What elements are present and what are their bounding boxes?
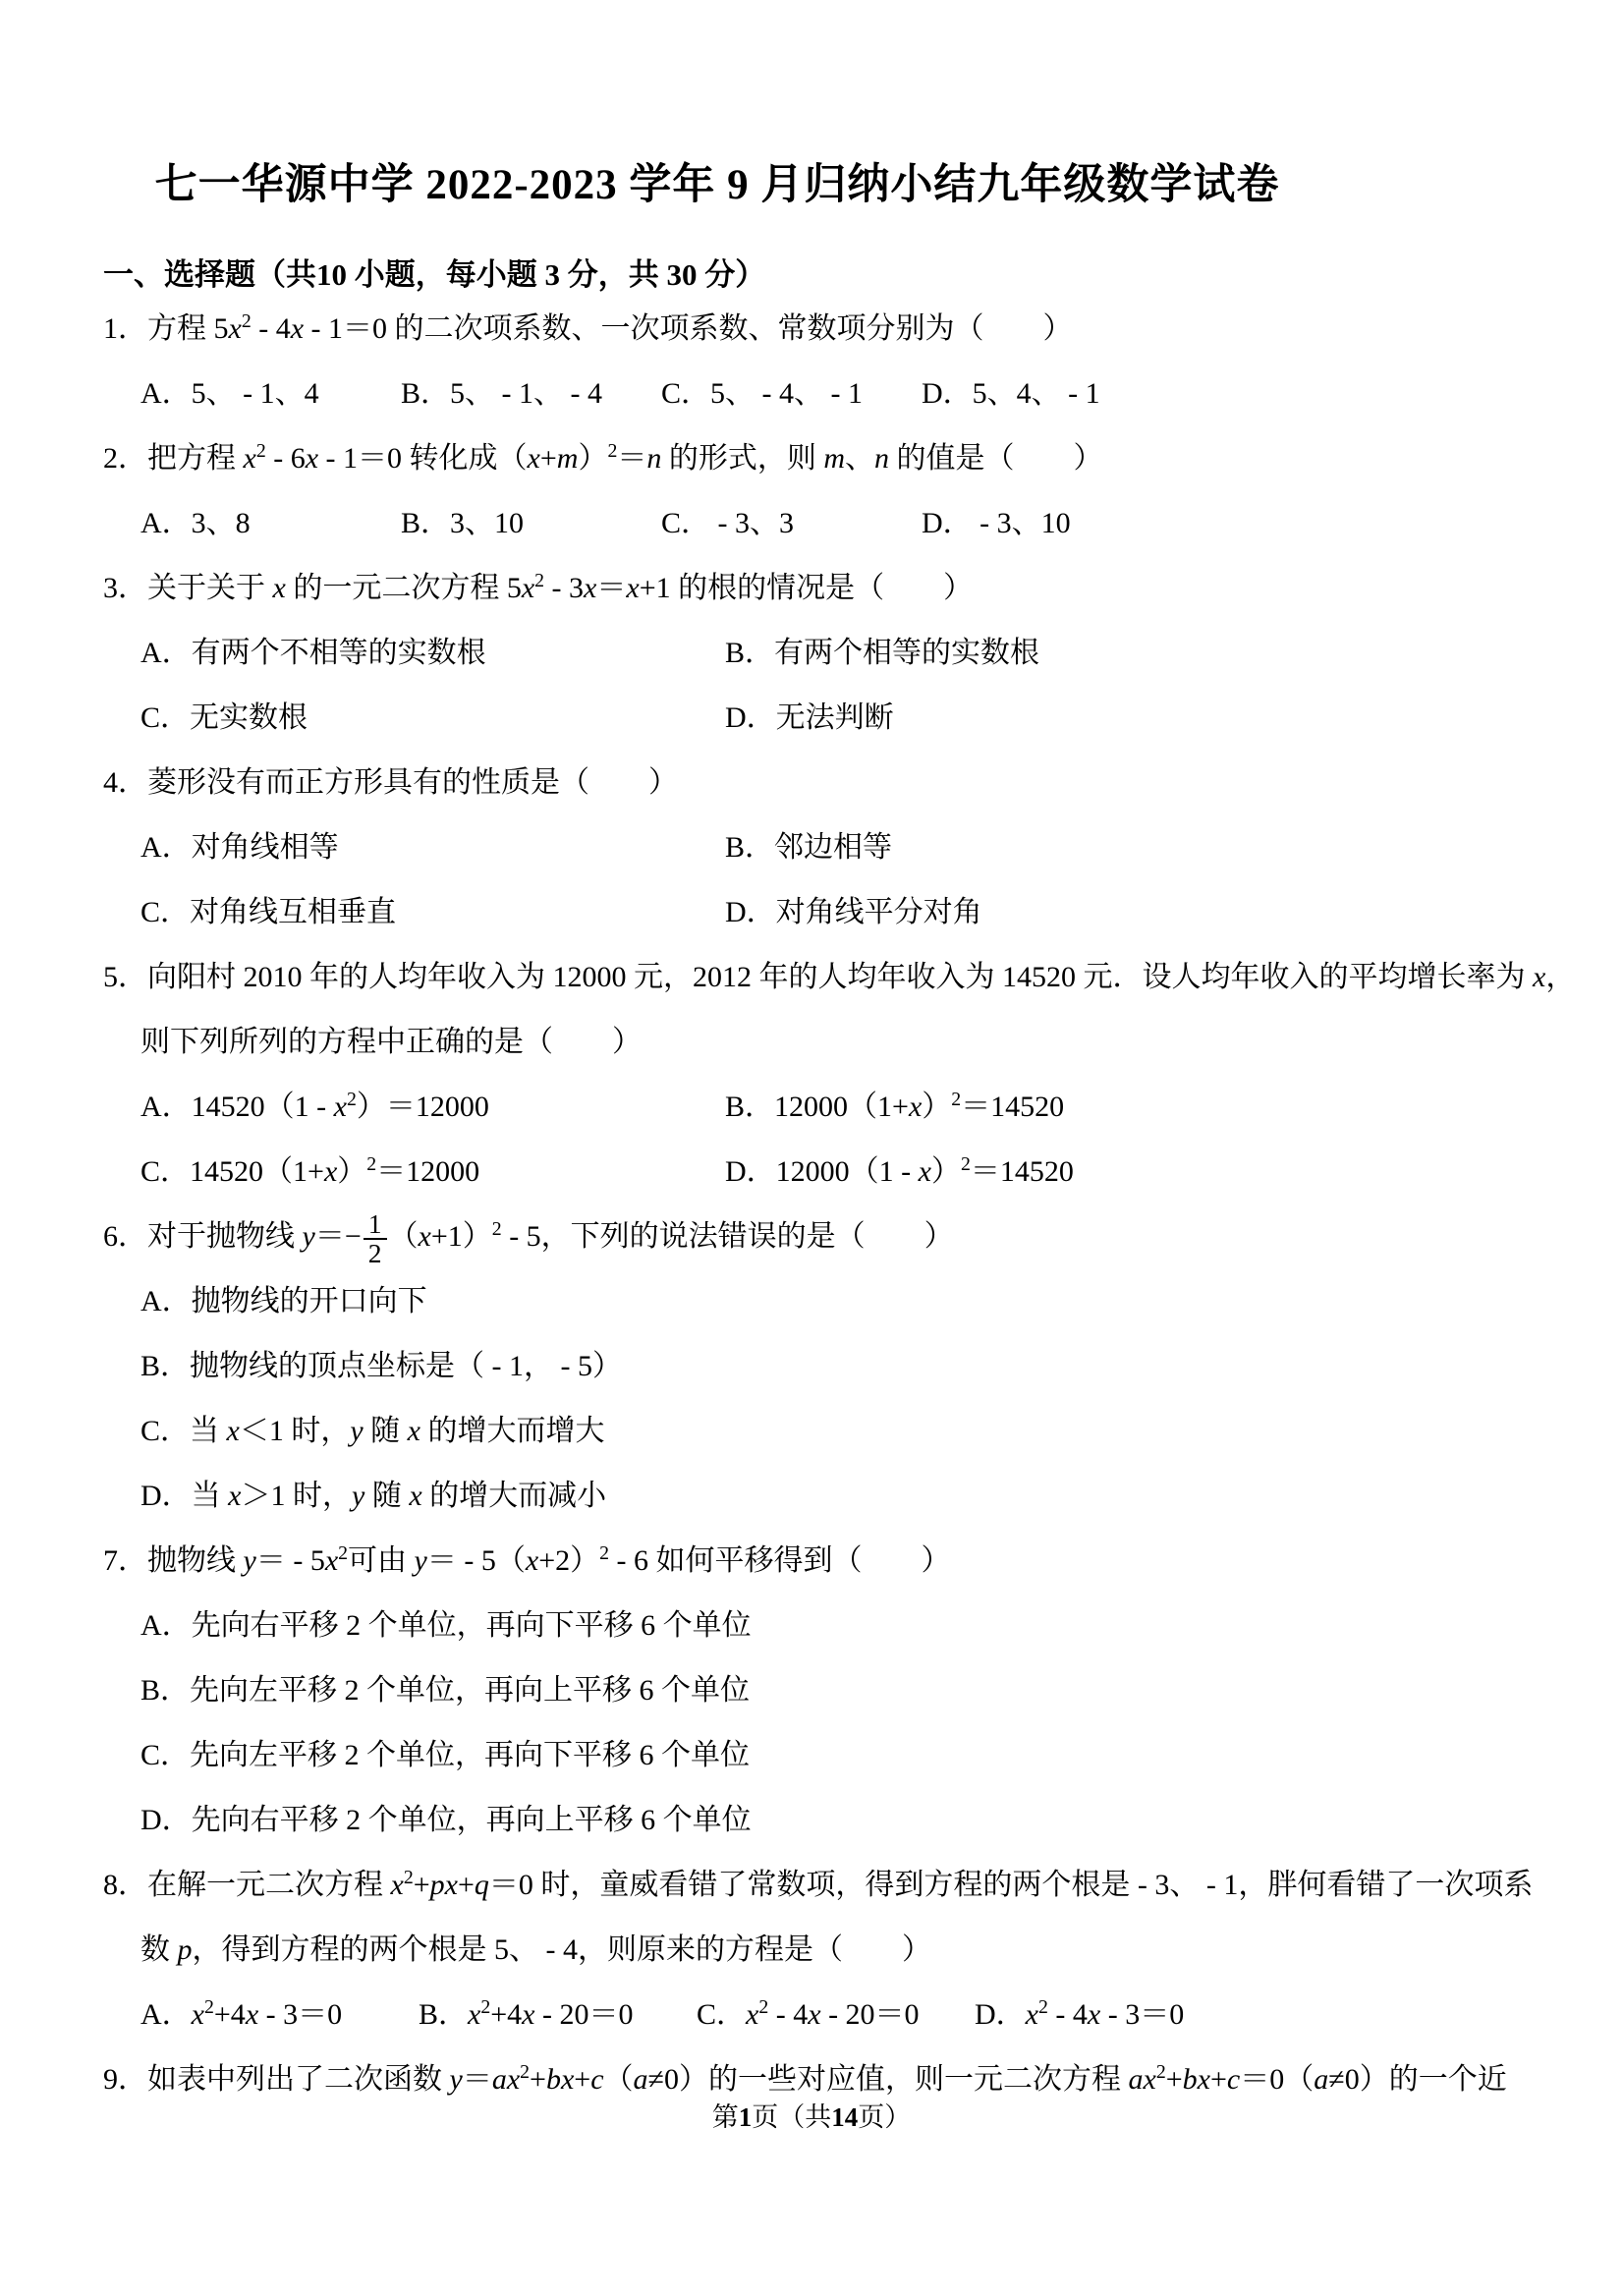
option-b: B．12000（1+x）2＝14520 xyxy=(725,1075,1064,1140)
option-a: A．14520（1 - x2）＝12000 xyxy=(140,1075,725,1140)
option-c: C． - 3、3 xyxy=(661,491,922,556)
question-2-options: A．3、8B．3、10C． - 3、3D． - 3、10 xyxy=(103,491,1518,556)
question-6-option-b: B．抛物线的顶点坐标是（ - 1， - 5） xyxy=(103,1334,1518,1399)
option-d: D．x2 - 4x - 3＝0 xyxy=(975,1983,1184,2047)
option-d: D．12000（1 - x）2＝14520 xyxy=(725,1140,1074,1204)
option-b: B．5、 - 1、 - 4 xyxy=(401,362,661,426)
option-b: B．有两个相等的实数根 xyxy=(725,621,1039,686)
option-d: D． - 3、10 xyxy=(922,491,1071,556)
question-7-stem: 7．抛物线 y＝ - 5x2可由 y＝ - 5（x+2）2 - 6 如何平移得到… xyxy=(103,1529,1518,1594)
section-heading: 一、选择题（共10 小题，每小题 3 分，共 30 分） xyxy=(103,257,1518,293)
question-8-options: A．x2+4x - 3＝0B．x2+4x - 20＝0C．x2 - 4x - 2… xyxy=(103,1983,1518,2047)
question-6-stem: 6．对于抛物线 y＝−12（x+1）2 - 5，下列的说法错误的是（ ） xyxy=(103,1204,1518,1269)
question-5-stem-line-1: 5．向阳村 2010 年的人均年收入为 12000 元，2012 年的人均年收入… xyxy=(103,945,1518,1010)
option-d: D．无法判断 xyxy=(725,686,894,751)
question-4-options-row-1: A．对角线相等B．邻边相等 xyxy=(103,815,1518,880)
question-1-stem: 1．方程 5x2 - 4x - 1＝0 的二次项系数、一次项系数、常数项分别为（… xyxy=(103,297,1518,362)
option-d: D．对角线平分对角 xyxy=(725,880,982,945)
option-a: A．3、8 xyxy=(140,491,401,556)
question-5-options-row-1: A．14520（1 - x2）＝12000B．12000（1+x）2＝14520 xyxy=(103,1075,1518,1140)
option-a: A．x2+4x - 3＝0 xyxy=(140,1983,419,2047)
question-4-options-row-2: C．对角线互相垂直D．对角线平分对角 xyxy=(103,880,1518,945)
question-8-stem-line-2: 数 p，得到方程的两个根是 5、 - 4，则原来的方程是（ ） xyxy=(103,1918,1518,1983)
option-a: A．5、 - 1、4 xyxy=(140,362,401,426)
question-6-option-c: C．当 x＜1 时，y 随 x 的增大而增大 xyxy=(103,1399,1518,1464)
question-7-option-b: B．先向左平移 2 个单位，再向上平移 6 个单位 xyxy=(103,1658,1518,1723)
page-footer: 第1页（共14页） xyxy=(0,2100,1623,2134)
question-7-option-a: A．先向右平移 2 个单位，再向下平移 6 个单位 xyxy=(103,1594,1518,1658)
option-d: D．5、4、 - 1 xyxy=(922,362,1100,426)
question-4-stem: 4．菱形没有而正方形具有的性质是（ ） xyxy=(103,751,1518,815)
page-title: 七一华源中学 2022-2023 学年 9 月归纳小结九年级数学试卷 xyxy=(103,162,1518,209)
question-6-option-d: D．当 x＞1 时，y 随 x 的增大而减小 xyxy=(103,1464,1518,1529)
option-b: B．3、10 xyxy=(401,491,661,556)
option-c: C．对角线互相垂直 xyxy=(140,880,725,945)
question-list: 1．方程 5x2 - 4x - 1＝0 的二次项系数、一次项系数、常数项分别为（… xyxy=(103,297,1518,2112)
question-5-stem-line-2: 则下列所列的方程中正确的是（ ） xyxy=(103,1010,1518,1075)
question-1-options: A．5、 - 1、4B．5、 - 1、 - 4C．5、 - 4、 - 1D．5、… xyxy=(103,362,1518,426)
question-8-stem-line-1: 8．在解一元二次方程 x2+px+q＝0 时，童威看错了常数项，得到方程的两个根… xyxy=(103,1853,1518,1918)
option-b: B．x2+4x - 20＝0 xyxy=(419,1983,697,2047)
question-5-options-row-2: C．14520（1+x）2＝12000D．12000（1 - x）2＝14520 xyxy=(103,1140,1518,1204)
question-3-options-row-1: A．有两个不相等的实数根B．有两个相等的实数根 xyxy=(103,621,1518,686)
option-c: C．无实数根 xyxy=(140,686,725,751)
question-2-stem: 2．把方程 x2 - 6x - 1＝0 转化成（x+m）2＝n 的形式，则 m、… xyxy=(103,426,1518,491)
question-7-option-c: C．先向左平移 2 个单位，再向下平移 6 个单位 xyxy=(103,1723,1518,1788)
option-c: C．14520（1+x）2＝12000 xyxy=(140,1140,725,1204)
option-c: C．5、 - 4、 - 1 xyxy=(661,362,922,426)
question-3-options-row-2: C．无实数根D．无法判断 xyxy=(103,686,1518,751)
option-a: A．有两个不相等的实数根 xyxy=(140,621,725,686)
question-6-option-a: A．抛物线的开口向下 xyxy=(103,1269,1518,1334)
question-3-stem: 3．关于关于 x 的一元二次方程 5x2 - 3x＝x+1 的根的情况是（ ） xyxy=(103,556,1518,621)
exam-page: 七一华源中学 2022-2023 学年 9 月归纳小结九年级数学试卷 一、选择题… xyxy=(103,162,1518,2112)
option-c: C．x2 - 4x - 20＝0 xyxy=(697,1983,975,2047)
option-a: A．对角线相等 xyxy=(140,815,725,880)
question-7-option-d: D．先向右平移 2 个单位，再向上平移 6 个单位 xyxy=(103,1788,1518,1853)
option-b: B．邻边相等 xyxy=(725,815,892,880)
